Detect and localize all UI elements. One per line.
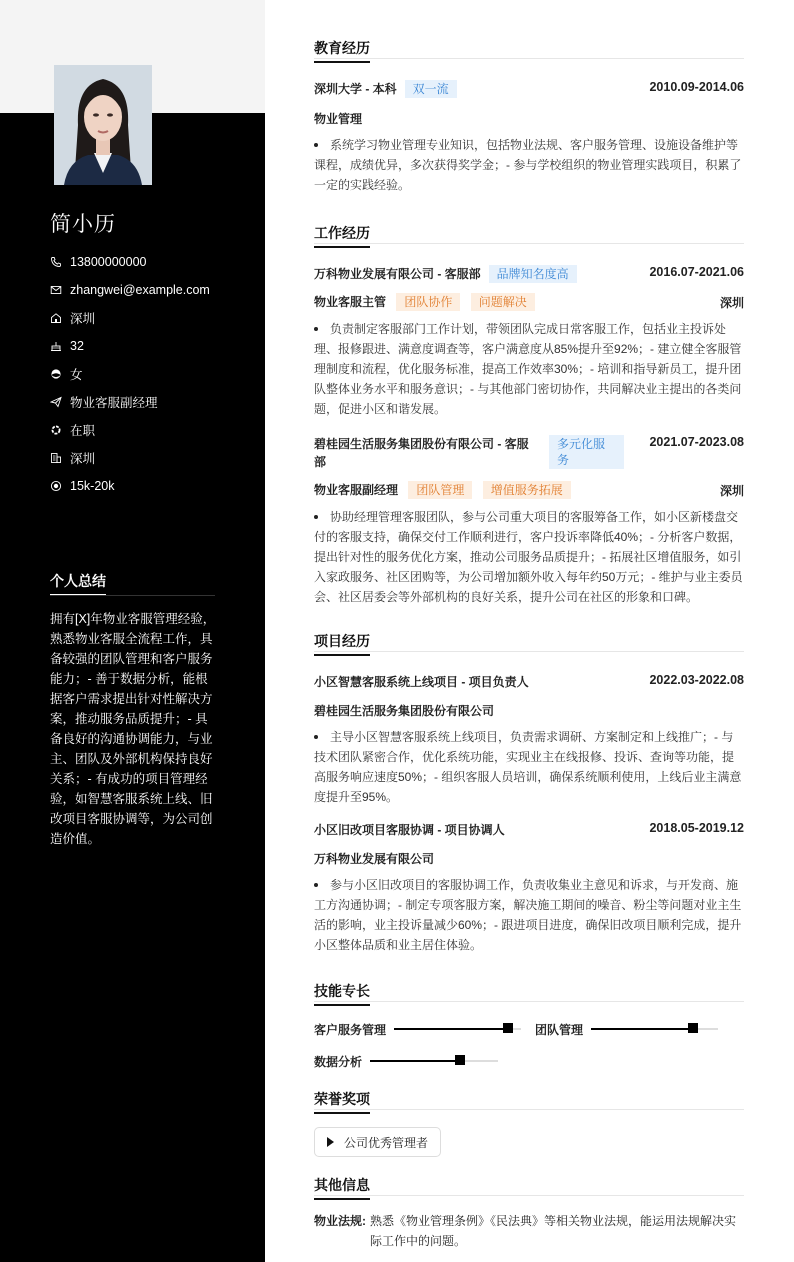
role-tag: 增值服务拓展 bbox=[483, 481, 571, 499]
project-description: 参与小区旧改项目的客服协调工作，负责收集业主意见和诉求，与开发商、施工方沟通协调… bbox=[314, 875, 744, 955]
contact-info-list: 13800000000 zhangwei@example.com 深圳 32 女… bbox=[50, 248, 250, 500]
role-title: 物业客服副经理 bbox=[314, 483, 398, 497]
home-icon bbox=[50, 312, 62, 324]
info-city: 深圳 bbox=[50, 444, 250, 472]
bullet-icon bbox=[314, 735, 318, 739]
main-content: 教育经历 深圳大学 - 本科 双一流 2010.09-2014.06 物业管理 … bbox=[314, 38, 744, 1251]
skill-name: 客户服务管理 bbox=[314, 1021, 386, 1038]
work-section: 工作经历 万科物业发展有限公司 - 客服部 品牌知名度高 2016.07-202… bbox=[314, 223, 744, 607]
project-entry-header: 小区智慧客服系统上线项目 - 项目负责人 2022.03-2022.08 bbox=[314, 673, 744, 690]
position-value: 物业客服副经理 bbox=[70, 393, 158, 411]
divider bbox=[314, 1109, 744, 1110]
send-icon bbox=[50, 396, 62, 408]
summary-heading: 个人总结 bbox=[50, 571, 215, 596]
project-entry-header: 小区旧改项目客服协调 - 项目协调人 2018.05-2019.12 bbox=[314, 821, 744, 838]
summary-text: 拥有[X]年物业客服管理经验，熟悉物业客服全流程工作，具备较强的团队管理和客户服… bbox=[50, 609, 220, 849]
company-tag: 品牌知名度高 bbox=[489, 265, 577, 283]
project-name: 小区旧改项目客服协调 - 项目协调人 bbox=[314, 821, 505, 838]
skill-item: 数据分析 bbox=[314, 1051, 498, 1071]
salary-value: 15k-20k bbox=[70, 479, 114, 493]
other-item: 物业法规: 熟悉《物业管理条例》《民法典》等相关物业法规，能运用法规解决实际工作… bbox=[314, 1211, 744, 1251]
work-city: 深圳 bbox=[720, 294, 744, 311]
skills-heading: 技能专长 bbox=[314, 981, 744, 1005]
role-tag: 问题解决 bbox=[471, 293, 535, 311]
info-gender: 女 bbox=[50, 360, 250, 388]
work-date: 2021.07-2023.08 bbox=[649, 435, 744, 449]
skill-level-bar bbox=[591, 1028, 718, 1030]
work-city: 深圳 bbox=[720, 482, 744, 499]
skills-list: 客户服务管理 团队管理 数据分析 bbox=[314, 1019, 744, 1071]
work-entry-header: 万科物业发展有限公司 - 客服部 品牌知名度高 2016.07-2021.06 bbox=[314, 265, 744, 283]
bullet-icon bbox=[314, 143, 318, 147]
award-item: 公司优秀管理者 bbox=[314, 1127, 441, 1157]
divider bbox=[50, 595, 215, 596]
cake-icon bbox=[50, 340, 62, 352]
bullet-icon bbox=[314, 515, 318, 519]
bullet-icon bbox=[314, 883, 318, 887]
work-date: 2016.07-2021.06 bbox=[649, 265, 744, 279]
divider bbox=[314, 243, 744, 244]
divider bbox=[314, 1195, 744, 1196]
work-description: 负责制定客服部门工作计划，带领团队完成日常客服工作，包括业主投诉处理、报修跟进、… bbox=[314, 319, 744, 419]
candidate-name: 简小历 bbox=[50, 208, 116, 238]
project-name: 小区智慧客服系统上线项目 - 项目负责人 bbox=[314, 673, 529, 690]
project-description: 主导小区智慧客服系统上线项目，负责需求调研、方案制定和上线推广；- 与技术团队紧… bbox=[314, 727, 744, 807]
salary-icon bbox=[50, 480, 62, 492]
project-date: 2018.05-2019.12 bbox=[649, 821, 744, 835]
role-title: 物业客服主管 bbox=[314, 295, 386, 309]
play-triangle-icon bbox=[327, 1137, 334, 1147]
phone-value: 13800000000 bbox=[70, 255, 146, 269]
major: 物业管理 bbox=[314, 110, 744, 127]
other-item-value: 熟悉《物业管理条例》《民法典》等相关物业法规，能运用法规解决实际工作中的问题。 bbox=[370, 1211, 744, 1251]
divider bbox=[314, 58, 744, 59]
divider bbox=[314, 1001, 744, 1002]
work-role-row: 物业客服主管 团队协作 问题解决 深圳 bbox=[314, 293, 744, 311]
other-section: 其他信息 物业法规: 熟悉《物业管理条例》《民法典》等相关物业法规，能运用法规解… bbox=[314, 1175, 744, 1251]
skills-section: 技能专长 客户服务管理 团队管理 bbox=[314, 981, 744, 1071]
school-tag: 双一流 bbox=[405, 80, 457, 98]
award-name: 公司优秀管理者 bbox=[344, 1134, 428, 1151]
info-salary: 15k-20k bbox=[50, 472, 250, 500]
company-tag: 多元化服务 bbox=[549, 435, 624, 469]
gender-icon bbox=[50, 368, 62, 380]
city-value: 深圳 bbox=[70, 449, 95, 467]
divider bbox=[314, 651, 744, 652]
awards-heading: 荣誉奖项 bbox=[314, 1089, 744, 1113]
skill-level-knob bbox=[688, 1023, 698, 1033]
sidebar: 简小历 13800000000 zhangwei@example.com 深圳 … bbox=[0, 0, 265, 1262]
age-value: 32 bbox=[70, 339, 84, 353]
status-value: 在职 bbox=[70, 421, 95, 439]
skill-item: 客户服务管理 bbox=[314, 1019, 535, 1039]
projects-heading: 项目经历 bbox=[314, 631, 744, 655]
skill-level-bar bbox=[370, 1060, 498, 1062]
project-company: 碧桂园生活服务集团股份有限公司 bbox=[314, 702, 744, 719]
other-item-key: 物业法规: bbox=[314, 1211, 366, 1251]
work-entry-header: 碧桂园生活服务集团股份有限公司 - 客服部 多元化服务 2021.07-2023… bbox=[314, 435, 744, 471]
company-name: 碧桂园生活服务集团股份有限公司 - 客服部 bbox=[314, 435, 539, 471]
avatar bbox=[54, 65, 152, 185]
info-position: 物业客服副经理 bbox=[50, 388, 250, 416]
education-description: 系统学习物业管理专业知识，包括物业法规、客户服务管理、设施设备维护等课程，成绩优… bbox=[314, 135, 744, 195]
skill-name: 团队管理 bbox=[535, 1021, 583, 1038]
building-icon bbox=[50, 452, 62, 464]
project-company: 万科物业发展有限公司 bbox=[314, 850, 744, 867]
info-phone: 13800000000 bbox=[50, 248, 250, 276]
skill-level-bar bbox=[394, 1028, 521, 1030]
education-section: 教育经历 深圳大学 - 本科 双一流 2010.09-2014.06 物业管理 … bbox=[314, 38, 744, 195]
awards-section: 荣誉奖项 公司优秀管理者 bbox=[314, 1089, 744, 1157]
work-heading: 工作经历 bbox=[314, 223, 744, 247]
skill-item: 团队管理 bbox=[535, 1019, 718, 1039]
email-value: zhangwei@example.com bbox=[70, 283, 210, 297]
skill-level-knob bbox=[503, 1023, 513, 1033]
role-tag: 团队管理 bbox=[408, 481, 472, 499]
work-role-row: 物业客服副经理 团队管理 增值服务拓展 深圳 bbox=[314, 481, 744, 499]
info-status: 在职 bbox=[50, 416, 250, 444]
location-value: 深圳 bbox=[70, 309, 95, 327]
other-heading: 其他信息 bbox=[314, 1175, 744, 1199]
education-entry-header: 深圳大学 - 本科 双一流 2010.09-2014.06 bbox=[314, 80, 744, 98]
gender-value: 女 bbox=[70, 365, 83, 383]
info-email: zhangwei@example.com bbox=[50, 276, 250, 304]
education-date: 2010.09-2014.06 bbox=[649, 80, 744, 94]
info-location: 深圳 bbox=[50, 304, 250, 332]
school-name: 深圳大学 - 本科 bbox=[314, 80, 397, 97]
phone-icon bbox=[50, 256, 62, 268]
skill-level-knob bbox=[455, 1055, 465, 1065]
company-name: 万科物业发展有限公司 - 客服部 bbox=[314, 265, 481, 282]
role-tag: 团队协作 bbox=[396, 293, 460, 311]
project-date: 2022.03-2022.08 bbox=[649, 673, 744, 687]
work-description: 协助经理管理客服团队，参与公司重大项目的客服筹备工作，如小区新楼盘交付的客服支持… bbox=[314, 507, 744, 607]
education-heading: 教育经历 bbox=[314, 38, 744, 62]
mail-icon bbox=[50, 284, 62, 296]
projects-section: 项目经历 小区智慧客服系统上线项目 - 项目负责人 2022.03-2022.0… bbox=[314, 631, 744, 955]
status-icon bbox=[50, 424, 62, 436]
skill-name: 数据分析 bbox=[314, 1053, 362, 1070]
info-age: 32 bbox=[50, 332, 250, 360]
bullet-icon bbox=[314, 327, 318, 331]
